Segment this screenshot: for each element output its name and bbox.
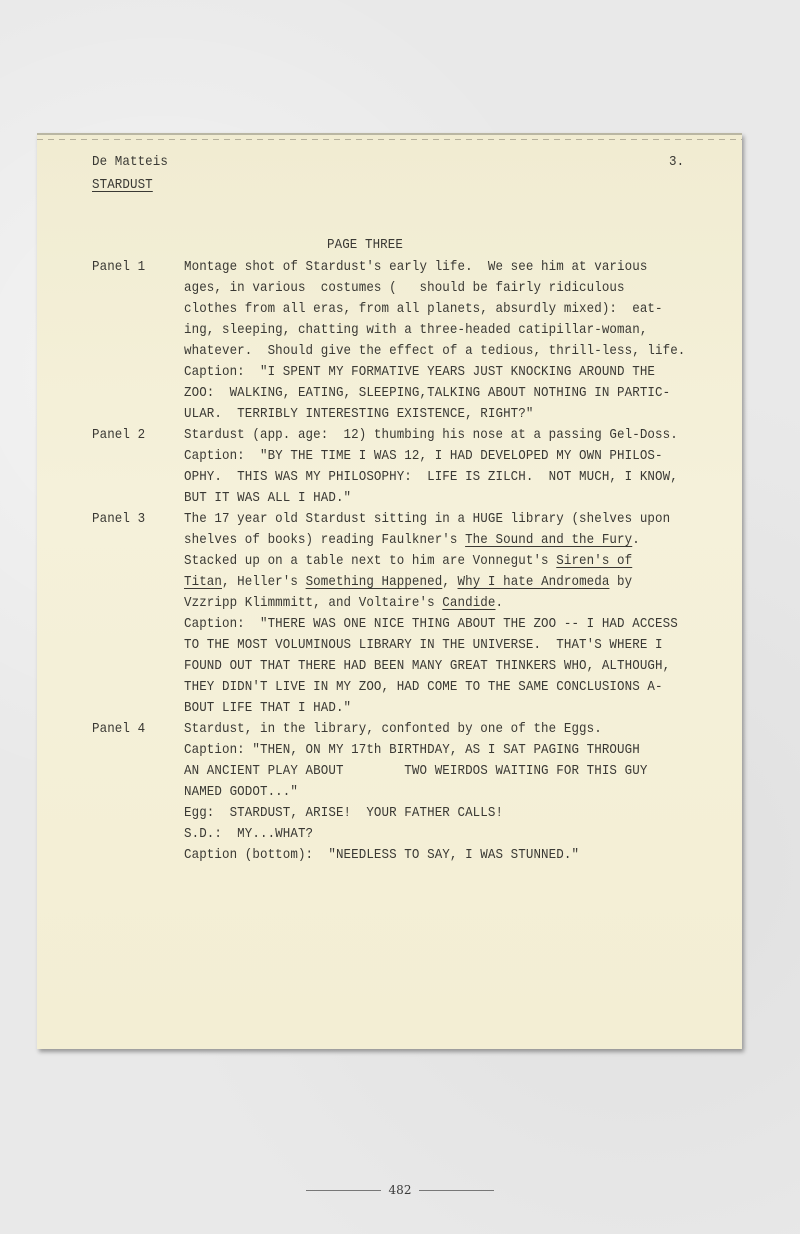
script-line: ULAR. TERRIBLY INTERESTING EXISTENCE, RI… bbox=[184, 404, 685, 425]
book-title: Titan bbox=[184, 575, 222, 590]
script-line: Stardust (app. age: 12) thumbing his nos… bbox=[184, 425, 678, 446]
script-line: Caption: "BY THE TIME I WAS 12, I HAD DE… bbox=[184, 446, 678, 467]
script-line: ing, sleeping, chatting with a three-hea… bbox=[184, 320, 685, 341]
typewritten-script-page: De Matteis STARDUST 3. PAGE THREE Panel … bbox=[37, 133, 742, 1049]
script-line: Stacked up on a table next to him are Vo… bbox=[184, 551, 678, 572]
author-name: De Matteis bbox=[92, 152, 168, 173]
script-line: Caption (bottom): "NEEDLESS TO SAY, I WA… bbox=[184, 845, 647, 866]
panel-3-text: The 17 year old Stardust sitting in a HU… bbox=[184, 509, 678, 719]
page-heading: PAGE THREE bbox=[327, 235, 403, 256]
script-line: clothes from all eras, from all planets,… bbox=[184, 299, 685, 320]
script-line: ZOO: WALKING, EATING, SLEEPING,TALKING A… bbox=[184, 383, 685, 404]
script-line: Caption: "THEN, ON MY 17th BIRTHDAY, AS … bbox=[184, 740, 647, 761]
script-line: BUT IT WAS ALL I HAD." bbox=[184, 488, 678, 509]
script-title: STARDUST bbox=[92, 175, 153, 196]
script-line: THEY DIDN'T LIVE IN MY ZOO, HAD COME TO … bbox=[184, 677, 678, 698]
script-line: Titan, Heller's Something Happened, Why … bbox=[184, 572, 678, 593]
footer-rule-right bbox=[419, 1190, 494, 1191]
book-title: Something Happened bbox=[306, 575, 443, 590]
script-line: NAMED GODOT..." bbox=[184, 782, 647, 803]
script-page-number: 3. bbox=[669, 152, 684, 173]
script-line: Montage shot of Stardust's early life. W… bbox=[184, 257, 685, 278]
script-line: Stardust, in the library, confonted by o… bbox=[184, 719, 647, 740]
script-line: The 17 year old Stardust sitting in a HU… bbox=[184, 509, 678, 530]
script-line: shelves of books) reading Faulkner's The… bbox=[184, 530, 678, 551]
script-line: Vzzripp Klimmmitt, and Voltaire's Candid… bbox=[184, 593, 678, 614]
script-line: ages, in various costumes ( should be fa… bbox=[184, 278, 685, 299]
script-line: TO THE MOST VOLUMINOUS LIBRARY IN THE UN… bbox=[184, 635, 678, 656]
panel-4-label: Panel 4 bbox=[92, 719, 145, 740]
panel-4-text: Stardust, in the library, confonted by o… bbox=[184, 719, 647, 866]
script-line: BOUT LIFE THAT I HAD." bbox=[184, 698, 678, 719]
script-line: AN ANCIENT PLAY ABOUT TWO WEIRDOS WAITIN… bbox=[184, 761, 647, 782]
script-line: OPHY. THIS WAS MY PHILOSOPHY: LIFE IS ZI… bbox=[184, 467, 678, 488]
book-page-footer: 482 bbox=[0, 1183, 800, 1197]
panel-2-text: Stardust (app. age: 12) thumbing his nos… bbox=[184, 425, 678, 509]
footer-rule-left bbox=[306, 1190, 381, 1191]
script-line: Egg: STARDUST, ARISE! YOUR FATHER CALLS! bbox=[184, 803, 647, 824]
book-title: The Sound and the Fury bbox=[465, 533, 632, 548]
book-title: Why I hate Andromeda bbox=[458, 575, 610, 590]
script-line: Caption: "THERE WAS ONE NICE THING ABOUT… bbox=[184, 614, 678, 635]
panel-3-label: Panel 3 bbox=[92, 509, 145, 530]
script-line: Caption: "I SPENT MY FORMATIVE YEARS JUS… bbox=[184, 362, 685, 383]
script-line: FOUND OUT THAT THERE HAD BEEN MANY GREAT… bbox=[184, 656, 678, 677]
panel-2-label: Panel 2 bbox=[92, 425, 145, 446]
book-title: Candide bbox=[442, 596, 495, 611]
book-page-number: 482 bbox=[389, 1183, 412, 1197]
panel-1-text: Montage shot of Stardust's early life. W… bbox=[184, 257, 685, 425]
script-line: whatever. Should give the effect of a te… bbox=[184, 341, 685, 362]
script-line: S.D.: MY...WHAT? bbox=[184, 824, 647, 845]
book-title: Siren's of bbox=[556, 554, 632, 569]
panel-1-label: Panel 1 bbox=[92, 257, 145, 278]
